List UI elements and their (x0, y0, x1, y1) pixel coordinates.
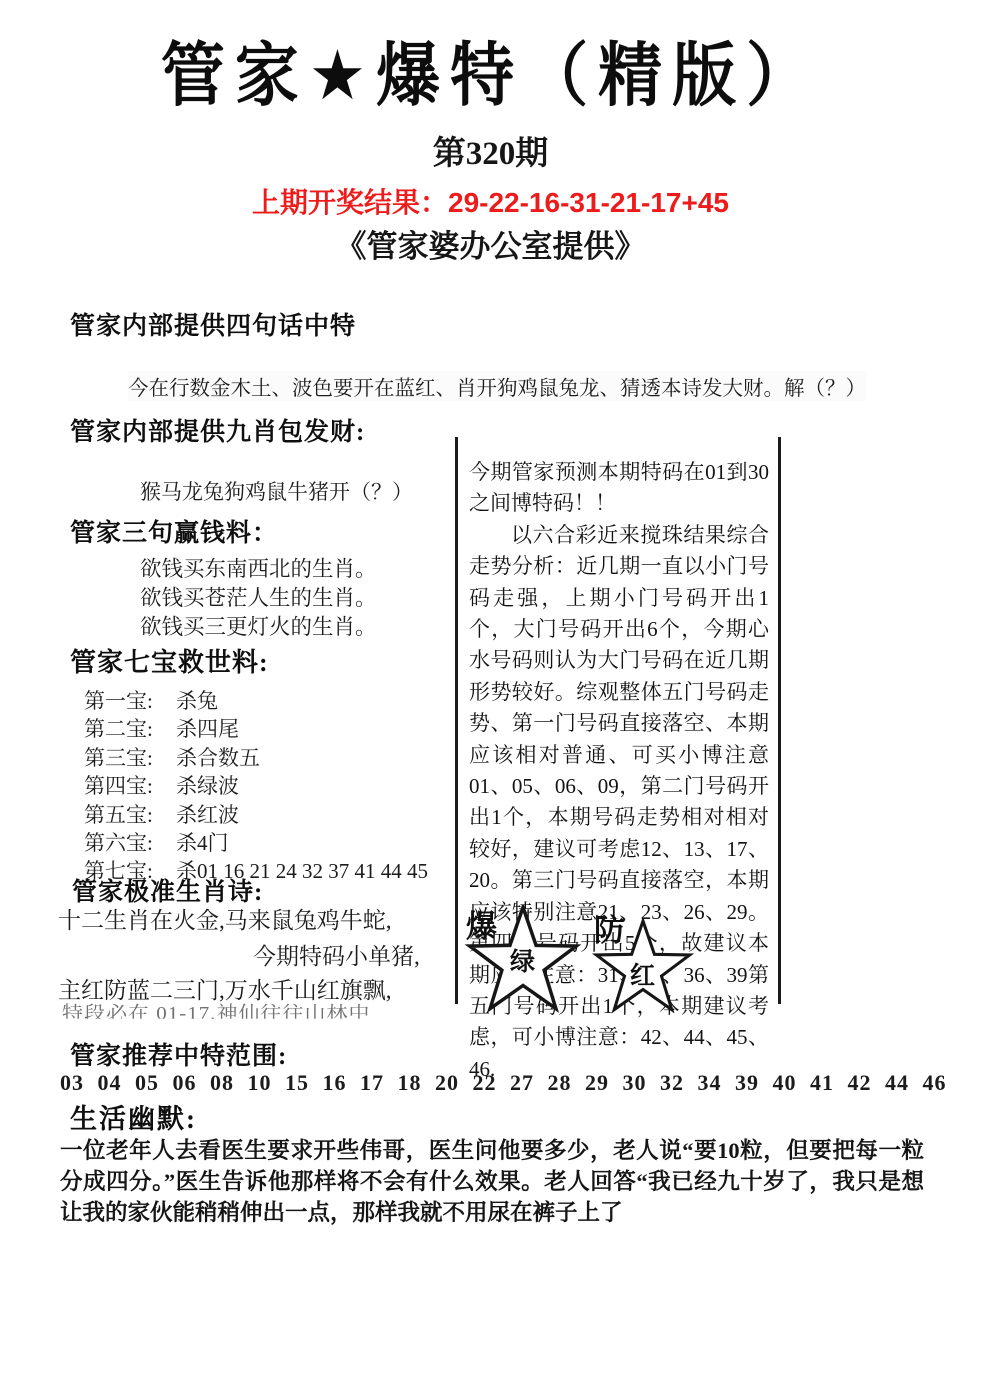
humor-text: 一位老年人去看医生要求开些伟哥，医生问他要多少，老人说“要10粒，但要把每一粒分… (60, 1135, 924, 1228)
recommend-numbers: 03 04 05 06 08 10 15 16 17 18 20 22 27 2… (60, 1070, 947, 1096)
treasure-value: 杀红波 (176, 803, 239, 827)
section-heading-seven-treasures: 管家七宝救世料: (70, 642, 269, 679)
prediction-box: 今期管家预测本期特码在01到30之间博特码！！ 以六合彩近来搅珠结果综合走势分析… (455, 437, 781, 1004)
zodiac-poem-line-2: 今期特码小单猪, (253, 938, 420, 971)
section-heading-humor: 生活幽默: (70, 1097, 197, 1136)
lottery-tip-sheet: 管家★爆特（精版） 第320期 上期开奖结果：29-22-16-31-21-17… (0, 0, 981, 1388)
last-draw-result: 上期开奖结果：29-22-16-31-21-17+45 (0, 181, 981, 221)
treasure-label: 第四宝: (84, 772, 160, 800)
section-heading-recommend-range: 管家推荐中特范围: (70, 1036, 287, 1072)
treasure-label: 第二宝: (84, 715, 160, 743)
treasure-label: 第五宝: (84, 801, 160, 829)
star-inner-red: 红 (630, 961, 655, 992)
three-sentence-lines: 欲钱买东南西北的生肖。 欲钱买苍茫人生的生肖。 欲钱买三更灯火的生肖。 (140, 555, 377, 642)
four-sentence-line: 今在行数金木土、波色要开在蓝红、肖开狗鸡鼠兔龙、猜透本诗发大财。解（？） (128, 371, 866, 401)
treasure-row: 第六宝:杀4门 (84, 829, 428, 857)
section-heading-nine-zodiac: 管家内部提供九肖包发财: (70, 412, 365, 448)
zodiac-poem-line-1: 十二生肖在火金,马来鼠兔鸡牛蛇, (58, 902, 392, 935)
issue-number: 第320期 (0, 127, 981, 174)
treasure-value: 杀兔 (176, 689, 218, 713)
treasure-row: 第一宝:杀兔 (84, 687, 428, 715)
treasure-label: 第一宝: (84, 687, 160, 715)
three-sentence-line-1: 欲钱买东南西北的生肖。 (140, 555, 377, 584)
star-label-fang: 防 (594, 915, 625, 946)
treasure-row: 第五宝:杀红波 (84, 801, 428, 829)
section-heading-four-sentence: 管家内部提供四句话中特 (70, 306, 356, 342)
treasure-value: 杀4门 (176, 831, 229, 855)
star-label-bao: 爆 (466, 911, 497, 942)
nine-zodiac-line: 猴马龙兔狗鸡鼠牛猪开（？） (140, 476, 413, 506)
treasure-label: 第三宝: (84, 744, 160, 772)
seven-treasures-list: 第一宝:杀兔 第二宝:杀四尾 第三宝:杀合数五 第四宝:杀绿波 第五宝:杀红波 … (84, 687, 428, 886)
treasure-row: 第三宝:杀合数五 (84, 744, 428, 772)
treasure-value: 杀四尾 (176, 717, 239, 741)
treasure-row: 第四宝:杀绿波 (84, 772, 428, 800)
section-heading-three-sentence: 管家三句赢钱料： (70, 513, 278, 549)
treasure-label: 第六宝: (84, 829, 160, 857)
star-inner-green: 绿 (510, 947, 535, 978)
page-title: 管家★爆特（精版） (0, 20, 981, 119)
last-draw-numbers: 29-22-16-31-21-17+45 (448, 187, 729, 218)
three-sentence-line-3: 欲钱买三更灯火的生肖。 (140, 613, 377, 642)
prediction-paragraph-1: 今期管家预测本期特码在01到30之间博特码！！ (469, 457, 769, 520)
provider-line: 《管家婆办公室提供》 (0, 221, 981, 266)
treasure-value: 杀合数五 (176, 746, 260, 770)
star-badges: 爆 绿 防 红 (460, 903, 760, 1023)
zodiac-poem-faded-line: 特段必在 01-17,神仙往往山林中 (62, 999, 371, 1019)
treasure-row: 第二宝:杀四尾 (84, 715, 428, 743)
three-sentence-line-2: 欲钱买苍茫人生的生肖。 (140, 584, 377, 613)
treasure-value: 杀绿波 (176, 774, 239, 798)
last-draw-label: 上期开奖结果： (252, 187, 448, 218)
